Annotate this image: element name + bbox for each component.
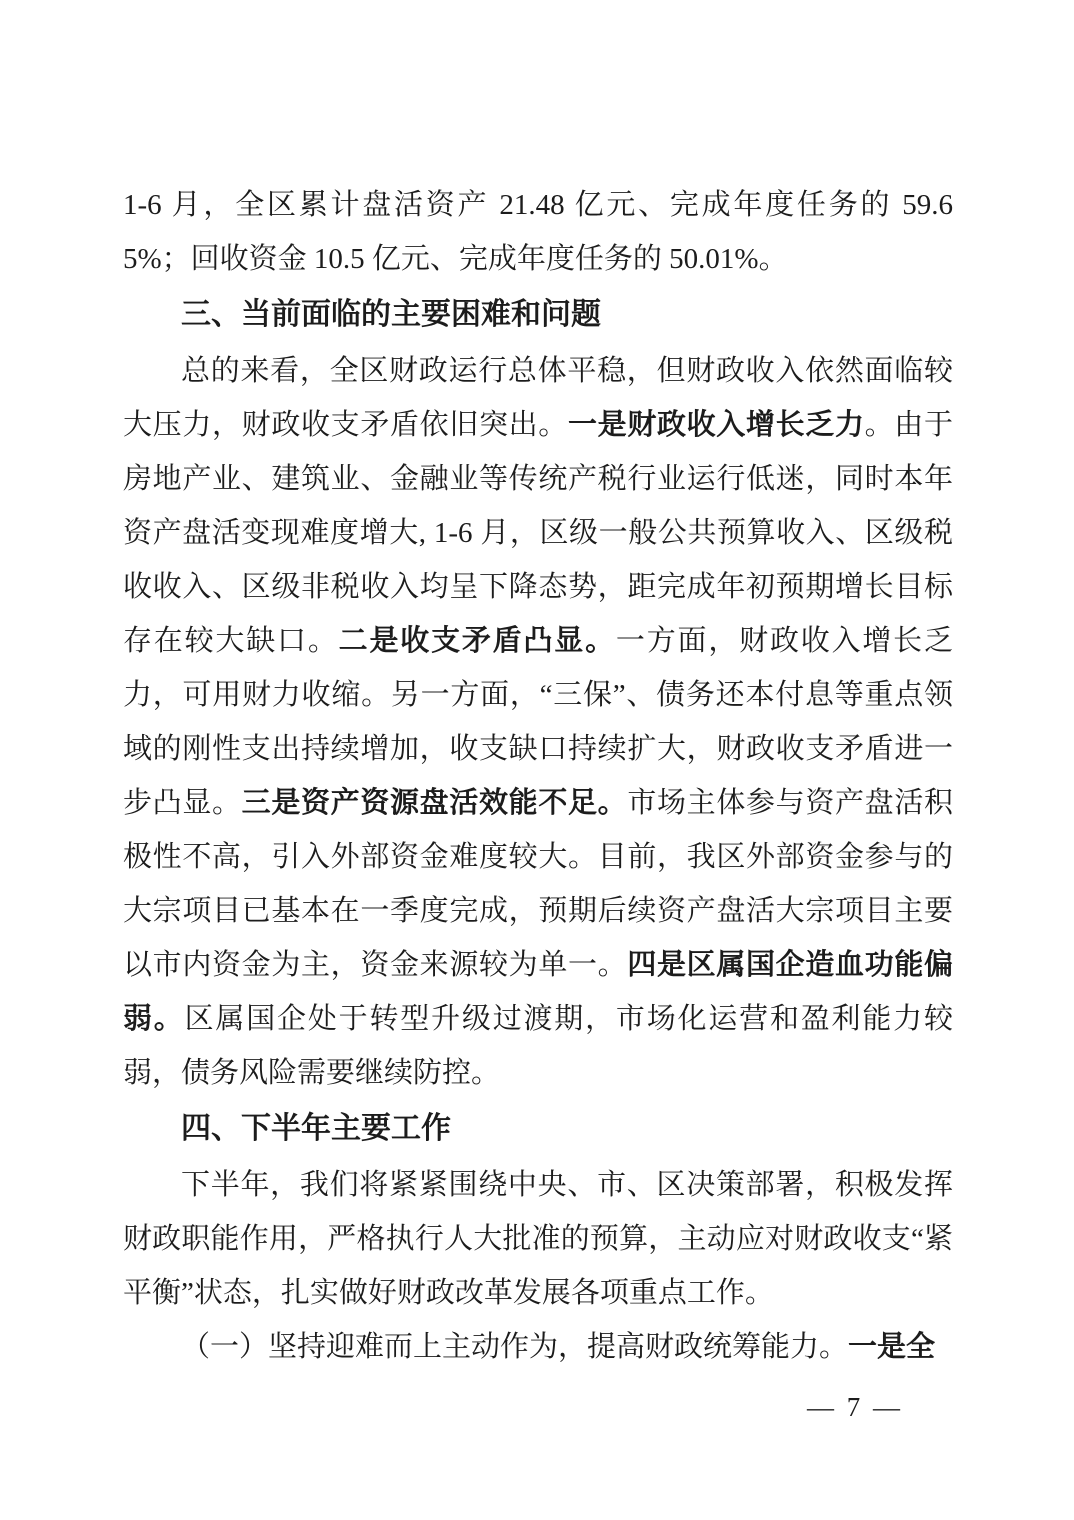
- paragraph: 总的来看，全区财政运行总体平稳，但财政收入依然面临较大压力，财政收支矛盾依旧突出…: [123, 344, 953, 1100]
- text-run: 1-6 月，全区累计盘活资产 21.48 亿元、完成年度任务的 59.65%；回…: [123, 189, 953, 275]
- text-run: 。由于房地产业、建筑业、金融业等传统产税行业运行低迷，同时本年资产盘活变现难度增…: [123, 409, 953, 657]
- paragraph: 1-6 月，全区累计盘活资产 21.48 亿元、完成年度任务的 59.65%；回…: [123, 178, 953, 286]
- emphasis-text: 一是全: [848, 1331, 935, 1363]
- text-run: 区属国企处于转型升级过渡期，市场化运营和盈利能力较弱，债务风险需要继续防控。: [123, 1003, 953, 1089]
- emphasis-text: 二是收支矛盾凸显。: [339, 625, 616, 657]
- text-run: （一）坚持迎难而上主动作为，提高财政统筹能力。: [181, 1331, 848, 1363]
- section-heading: 三、当前面临的主要困难和问题: [123, 288, 953, 342]
- text-run: 四、下半年主要工作: [181, 1112, 451, 1145]
- text-run: 三、当前面临的主要困难和问题: [181, 298, 601, 331]
- emphasis-text: 一是财政收入增长乏力: [568, 409, 865, 441]
- page-number: — 7 —: [788, 1392, 922, 1423]
- paragraph: （一）坚持迎难而上主动作为，提高财政统筹能力。一是全: [123, 1320, 953, 1374]
- document-page: 1-6 月，全区累计盘活资产 21.48 亿元、完成年度任务的 59.65%；回…: [0, 0, 1074, 1520]
- emphasis-text: 三是资产资源盘活效能不足。: [242, 787, 628, 819]
- document-body: 1-6 月，全区累计盘活资产 21.48 亿元、完成年度任务的 59.65%；回…: [123, 178, 953, 1374]
- paragraph: 下半年，我们将紧紧围绕中央、市、区决策部署，积极发挥财政职能作用，严格执行人大批…: [123, 1158, 953, 1320]
- text-run: 下半年，我们将紧紧围绕中央、市、区决策部署，积极发挥财政职能作用，严格执行人大批…: [123, 1169, 953, 1309]
- section-heading: 四、下半年主要工作: [123, 1102, 953, 1156]
